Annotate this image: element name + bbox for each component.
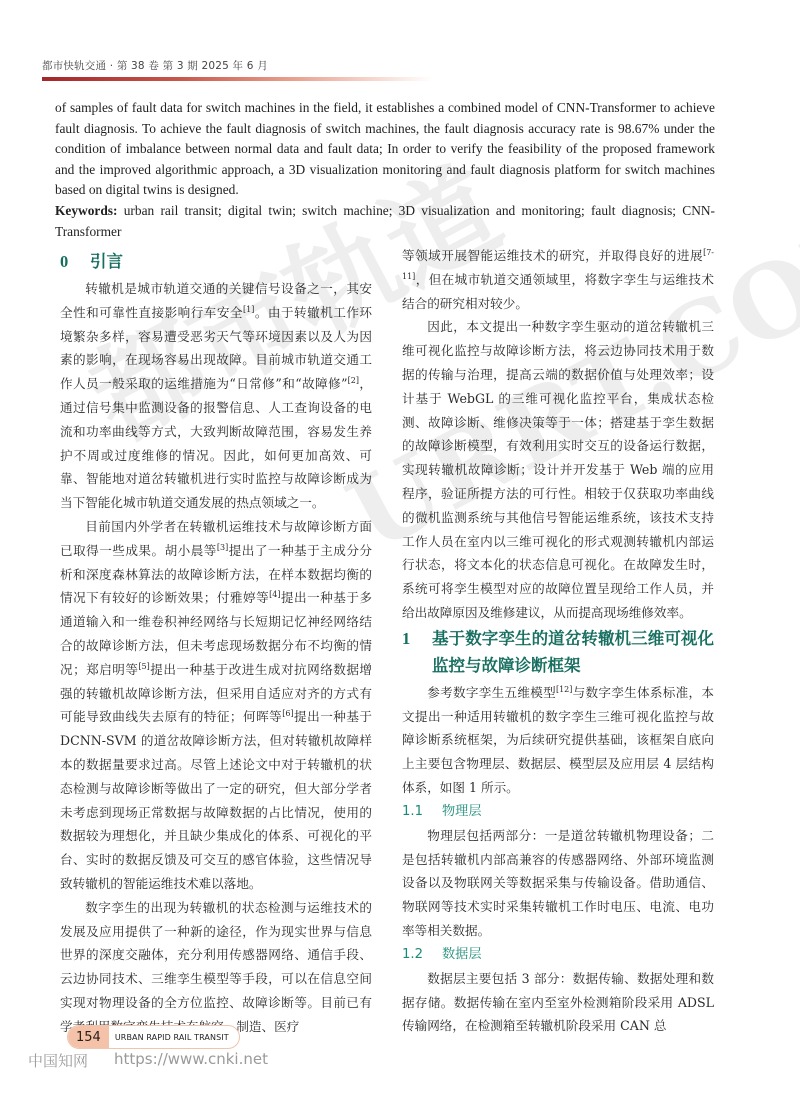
paragraph: 数据层主要包括 3 部分：数据传输、数据处理和数据存储。数据传输在室内至室外检测…	[402, 967, 714, 1038]
keywords-label: Keywords:	[55, 203, 117, 218]
section-heading-0: 0 引言	[60, 248, 372, 275]
paragraph: 物理层包括两部分：一是道岔转辙机物理设备；二是包括转辙机内部高兼容的传感器网络、…	[402, 824, 714, 943]
right-column: 等领域开展智能运维技术的研究，并取得良好的进展[7-11]，但在城市轨道交通领域…	[402, 244, 714, 1038]
subsection-heading-1-1: 1.1 物理层	[402, 800, 714, 824]
subsection-number: 1.2	[402, 943, 442, 967]
text: ，通过信号集中监测设备的报警信息、人工查询设备的电流和功率曲线等方式，大致判断故…	[60, 376, 372, 510]
keywords-text: urban rail transit; digital twin; switch…	[55, 203, 715, 239]
paragraph: 数字孪生的出现为转辙机的状态检测与运维技术的发展及应用提供了一种新的途径，作为现…	[60, 896, 372, 1039]
text: 参考数字孪生五维模型	[427, 685, 556, 700]
left-column: 0 引言 转辙机是城市轨道交通的关键信号设备之一，其安全性和可靠性直接影响行车安…	[60, 248, 372, 1039]
text: 提出一种基于 DCNN-SVM 的道岔故障诊断方法，但对转辙机故障样本的数据量要…	[60, 709, 372, 891]
page-footer-badge: 154 URBAN RAPID RAIL TRANSIT	[67, 1025, 240, 1049]
paragraph: 因此，本文提出一种数字孪生驱动的道岔转辙机三维可视化监控与故障诊断方法，将云边协…	[402, 315, 714, 624]
text: ，但在城市轨道交通领域里，将数字孪生与运维技术结合的研究相对较少。	[402, 272, 714, 311]
section-heading-1: 1 基于数字孪生的道岔转辙机三维可视化监控与故障诊断框架	[402, 625, 714, 679]
subsection-title: 物理层	[442, 800, 482, 824]
section-title: 引言	[90, 248, 372, 275]
cnki-name: 中国知网	[28, 1050, 88, 1071]
section-number: 1	[402, 625, 432, 679]
abstract-text: of samples of fault data for switch mach…	[55, 98, 715, 201]
journal-name: URBAN RAPID RAIL TRANSIT	[109, 1033, 239, 1042]
citation[interactable]: [12]	[556, 685, 572, 694]
paragraph: 等领域开展智能运维技术的研究，并取得良好的进展[7-11]，但在城市轨道交通领域…	[402, 244, 714, 315]
subsection-heading-1-2: 1.2 数据层	[402, 943, 714, 967]
page-number: 154	[68, 1026, 109, 1048]
paragraph: 目前国内外学者在转辙机运维技术与故障诊断方面已取得一些成果。胡小晨等[3]提出了…	[60, 515, 372, 896]
keywords: Keywords: urban rail transit; digital tw…	[55, 201, 715, 242]
subsection-number: 1.1	[402, 800, 442, 824]
citation[interactable]: [6]	[282, 709, 293, 718]
citation[interactable]: [5]	[138, 662, 149, 671]
cnki-watermark: 中国知网 https://www.cnki.net	[28, 1050, 268, 1071]
section-number: 0	[60, 248, 90, 275]
subsection-title: 数据层	[442, 943, 482, 967]
section-title: 基于数字孪生的道岔转辙机三维可视化监控与故障诊断框架	[432, 625, 714, 679]
text: 等领域开展智能运维技术的研究，并取得良好的进展	[402, 248, 703, 263]
text: 与数字孪生体系标准，本文提出一种适用转辙机的数字孪生三维可视化监控与故障诊断系统…	[402, 685, 714, 795]
cnki-url[interactable]: https://www.cnki.net	[114, 1050, 268, 1071]
header-rule	[42, 77, 432, 81]
citation[interactable]: [4]	[269, 590, 280, 599]
abstract-block: of samples of fault data for switch mach…	[55, 98, 715, 242]
citation[interactable]: [3]	[217, 543, 228, 552]
citation[interactable]: [1]	[243, 305, 254, 314]
citation[interactable]: [2]	[348, 376, 359, 385]
paragraph: 转辙机是城市轨道交通的关键信号设备之一，其安全性和可靠性直接影响行车安全[1]。…	[60, 277, 372, 515]
paragraph: 参考数字孪生五维模型[12]与数字孪生体系标准，本文提出一种适用转辙机的数字孪生…	[402, 681, 714, 800]
running-head: 都市快轨交通 · 第 38 卷 第 3 期 2025 年 6 月	[42, 58, 268, 73]
